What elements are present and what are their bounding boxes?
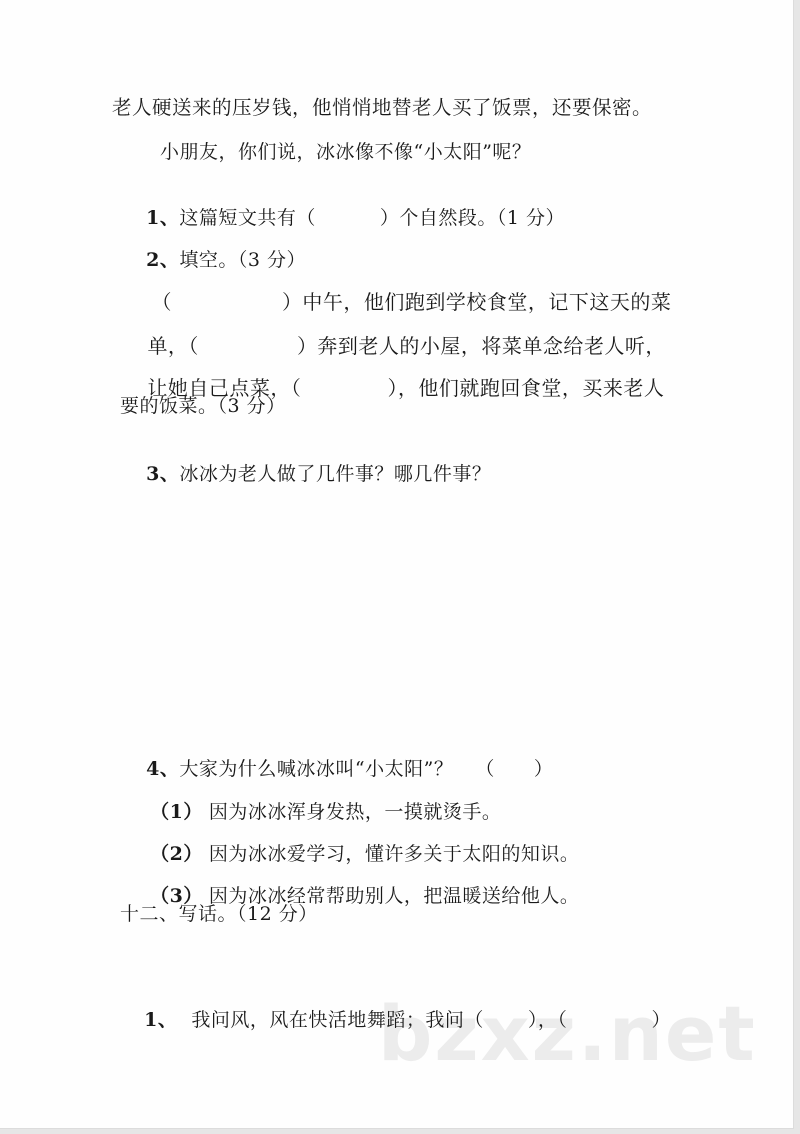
passage-line-1: 老人硬送来的压岁钱，他悄悄地替老人买了饭票，还要保密。: [112, 96, 652, 120]
question-2-line-4: 要的饭菜。（3 分）: [120, 394, 286, 418]
section-12-item-1-mid: ），（: [528, 1009, 568, 1031]
question-3-text: 冰冰为老人做了几件事？哪几件事？: [179, 463, 491, 485]
question-2-line-3-rest: ），他们就跑回食堂，买来老人: [387, 376, 664, 400]
section-12-item-1-text: 我问风，风在快活地舞蹈；我问（: [191, 1009, 484, 1031]
document-page: 老人硬送来的压岁钱，他悄悄地替老人买了饭票，还要保密。 小朋友，你们说，冰冰像不…: [0, 0, 794, 1129]
section-12-item-1-end: ）: [651, 1009, 671, 1031]
section-12-item-1-number: 1、: [144, 1009, 177, 1031]
question-3: 3、冰冰为老人做了几件事？哪几件事？: [120, 438, 491, 510]
passage-line-2: 小朋友，你们说，冰冰像不像“小太阳”呢？: [160, 140, 531, 164]
section-12-title: 十二、写话。（12 分）: [120, 902, 318, 926]
question-1-text-after: ）个自然段。（1 分）: [380, 207, 565, 229]
question-3-number: 3、: [146, 463, 179, 485]
section-12-item-1: 1、我问风，风在快活地舞蹈；我问（），（）: [118, 984, 671, 1056]
